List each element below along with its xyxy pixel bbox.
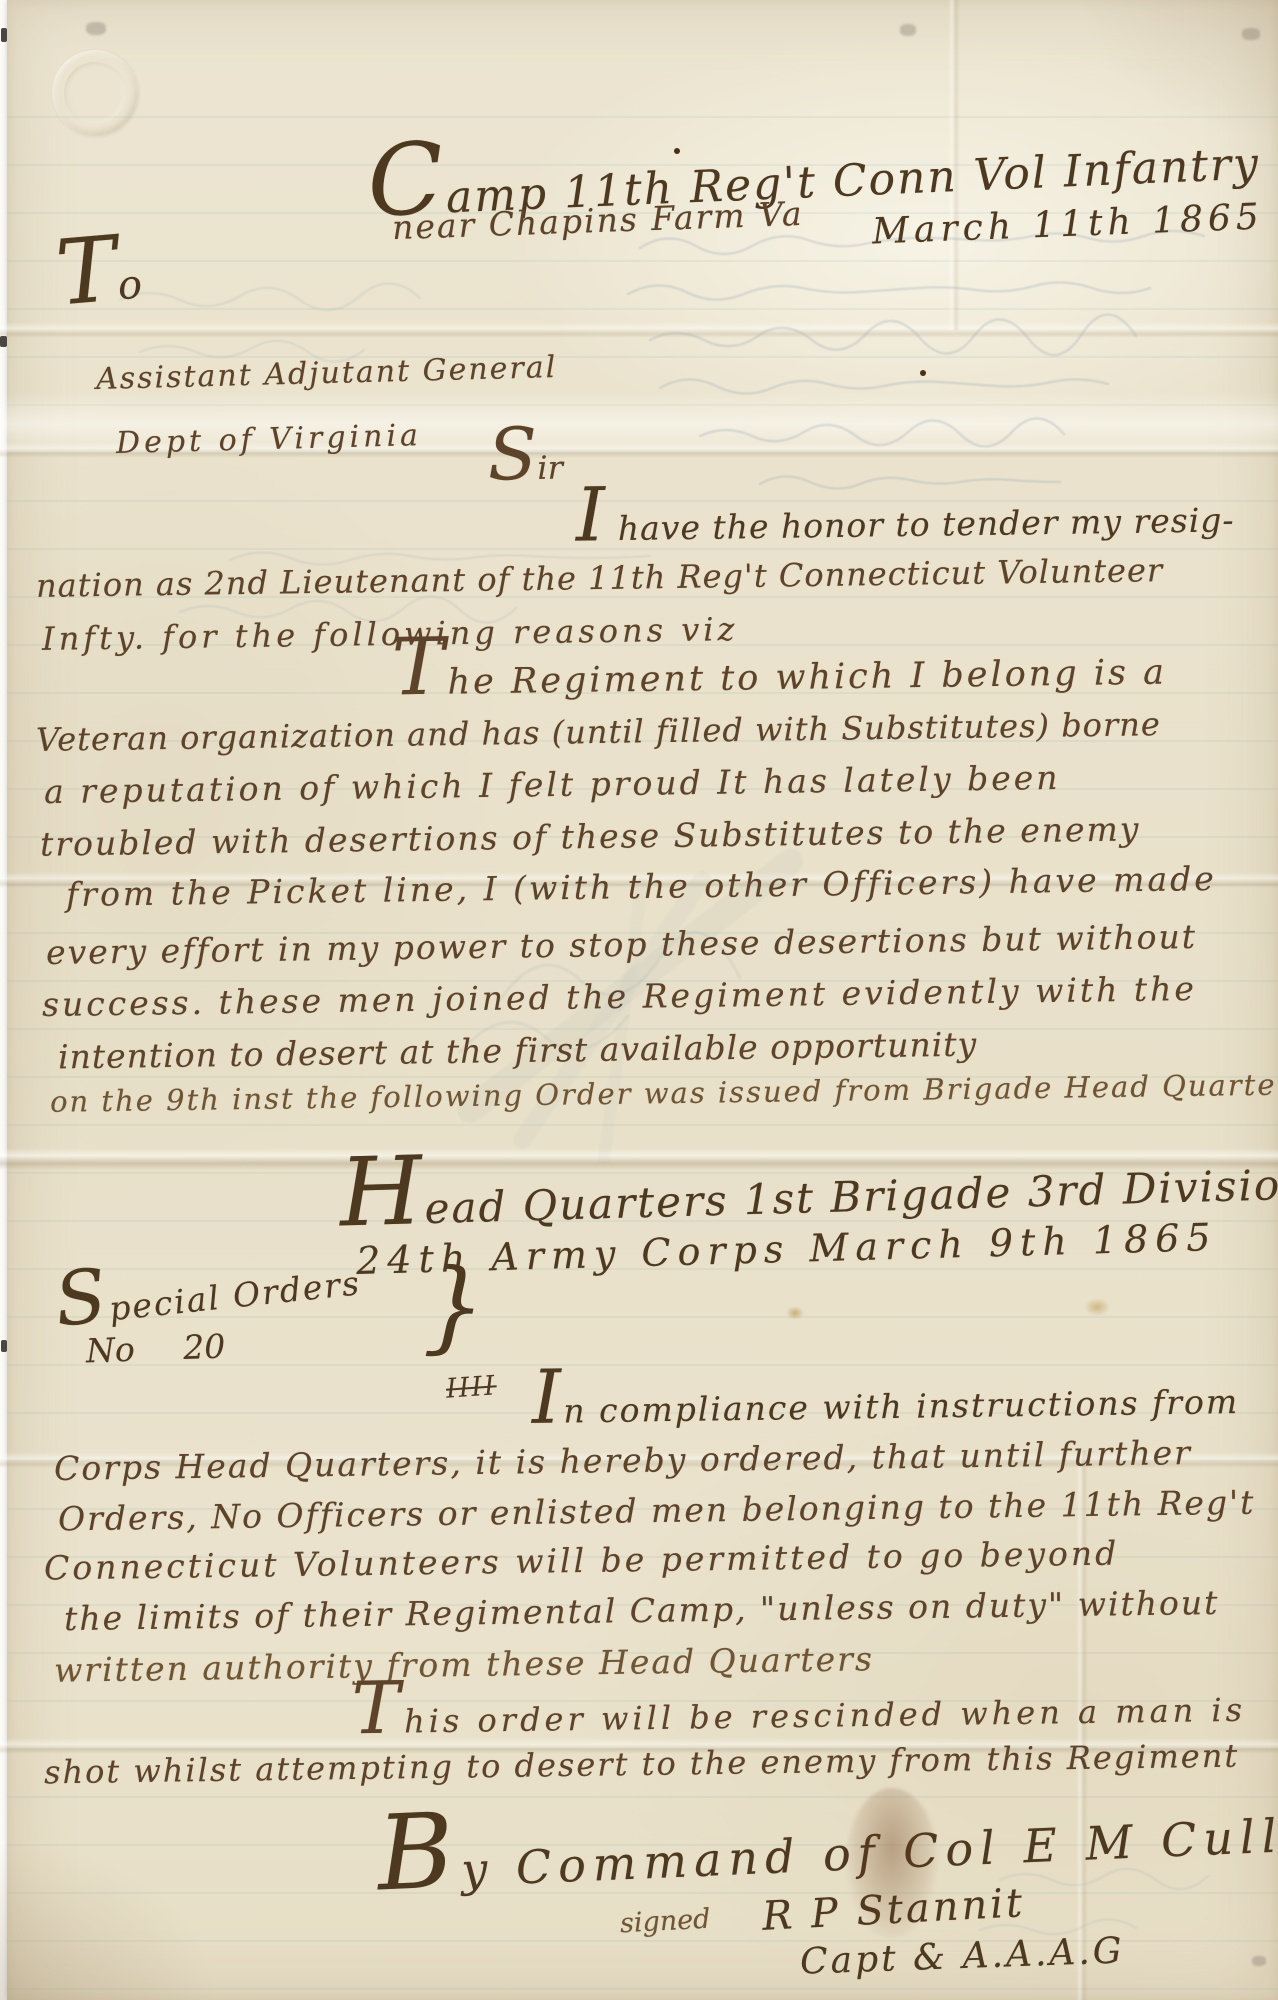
- order-brace: }: [422, 1255, 486, 1358]
- pencil-smudge: [1242, 28, 1260, 40]
- pencil-smudge: [86, 22, 106, 35]
- scan-edge-mark: [0, 336, 7, 347]
- scan-edge-mark: [1, 1340, 7, 1352]
- salutation: Sir: [488, 451, 563, 485]
- scanned-letter: Camp 11th Reg't Conn Vol Infantry near C…: [0, 0, 1278, 2000]
- pencil-smudge: [900, 24, 916, 36]
- struck-out-mark: IIII: [445, 1370, 498, 1404]
- scan-edge-mark: [1, 28, 7, 42]
- order-number: No 20: [85, 1330, 225, 1369]
- embossed-seal: [52, 50, 138, 136]
- body-line: I have the honor to tender my resig-: [576, 503, 1235, 547]
- address-department: Dept of Virginia: [116, 420, 423, 459]
- pencil-smudge: [1252, 1956, 1266, 1966]
- address-to: To: [56, 264, 143, 313]
- signature-signed-label: signed: [619, 1906, 711, 1939]
